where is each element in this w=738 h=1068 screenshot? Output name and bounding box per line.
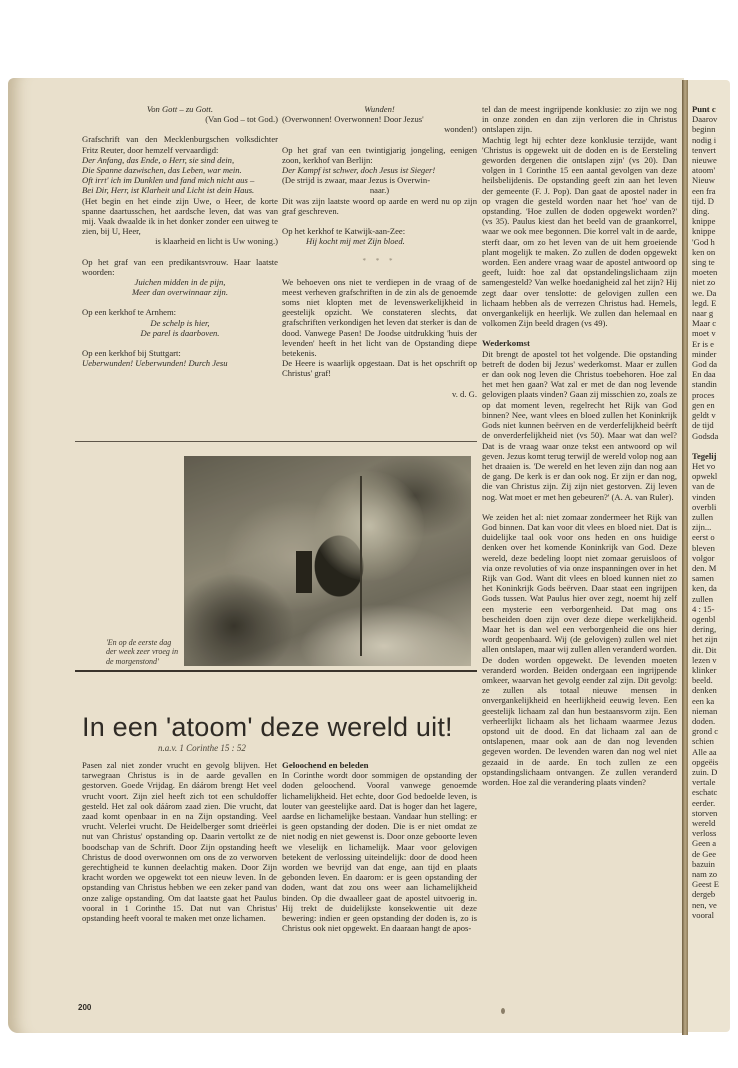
fragment-line: En daa xyxy=(692,369,730,379)
fragment-line: de Gee xyxy=(692,849,730,859)
fragment-line: dergeb xyxy=(692,889,730,899)
poem-line: Die Spanne dazwischen, das Leben, war me… xyxy=(82,165,278,175)
photo-tree xyxy=(360,476,362,656)
fragment-line: een ka xyxy=(692,696,730,706)
fragment-line: knippe xyxy=(692,226,730,236)
epitaph-title-dutch: (Van God – tot God.) xyxy=(82,114,278,124)
fragment-line: standin xyxy=(692,379,730,389)
epitaph-title-german: Von Gott – zu Gott. xyxy=(82,104,278,114)
fragment-line: tenvert xyxy=(692,145,730,155)
epitaph-line: Ueberwunden! Ueberwunden! Durch Jesu xyxy=(82,358,278,368)
fragment-line: verloss xyxy=(692,828,730,838)
epitaphs-column-1: Von Gott – zu Gott. (Van God – tot God.)… xyxy=(82,104,278,368)
fragment-line: naar g xyxy=(692,308,730,318)
right-page-text: Punt c Daarovbeginnnodig itenvertnieuwea… xyxy=(692,104,730,920)
fragment-line: eerst o xyxy=(692,532,730,542)
article-column-2: Geloochend en beleden In Corinthe wordt … xyxy=(282,760,477,933)
fragment-line: opwekl xyxy=(692,471,730,481)
fragment-line: het zijn xyxy=(692,634,730,644)
epitaph-line: Der Kampf ist schwer, doch Jesus ist Sie… xyxy=(282,165,477,175)
fragment-line: een fra xyxy=(692,186,730,196)
paragraph: De doden worden opgewekt. De levenden mo… xyxy=(482,655,677,788)
garden-tomb-photo xyxy=(184,456,471,666)
subheading: Wederkomst xyxy=(482,338,677,348)
page-number: 200 xyxy=(78,1003,91,1012)
photo-tomb-door xyxy=(296,551,312,593)
fragment-line: Alle aa xyxy=(692,747,730,757)
fragment-line: beeld. xyxy=(692,675,730,685)
article-byline: n.a.v. 1 Corinthe 15 : 52 xyxy=(158,743,246,753)
epitaph-translation: (De strijd is zwaar, maar Jezus is Overw… xyxy=(282,175,477,185)
fragment-line: proces xyxy=(692,390,730,400)
fragment-line: nodig i xyxy=(692,135,730,145)
article-headline: In een 'atoom' deze wereld uit! xyxy=(82,712,453,743)
fragment-line: moet v xyxy=(692,328,730,338)
fragment-line: vertale xyxy=(692,777,730,787)
epitaph-intro: Op het graf van een twintigjarig jongeli… xyxy=(282,145,477,165)
fragment-line: grond c xyxy=(692,726,730,736)
fragment-line: wereld xyxy=(692,818,730,828)
subheading: Geloochend en beleden xyxy=(282,760,477,770)
fragment-line: eerder. xyxy=(692,798,730,808)
fragment-line: overbli xyxy=(692,502,730,512)
fragment-lines-2: Het voopweklvan devindenoverblizullenzij… xyxy=(692,461,730,920)
fragment-line: nieman xyxy=(692,706,730,716)
fragment-line: storven xyxy=(692,808,730,818)
epitaph-line: Wunden! xyxy=(282,104,477,114)
fragment-line: Geest E xyxy=(692,879,730,889)
right-page-fragment: Punt c Daarovbeginnnodig itenvertnieuwea… xyxy=(688,80,730,1032)
paragraph: tel dan de meest ingrijpende konklusie: … xyxy=(482,104,677,135)
fragment-line: ken on xyxy=(692,247,730,257)
poem-translation-end: is klaarheid en licht is Uw woning.) xyxy=(82,236,278,246)
epitaph-line: Hij kocht mij met Zijn bloed. xyxy=(282,236,477,246)
fragment-line: Er is e xyxy=(692,339,730,349)
epitaph-translation: (Overwonnen! Overwonnen! Door Jezus' xyxy=(282,114,477,124)
fragment-lines-1: Daarovbeginnnodig itenvertnieuweatoom'Ni… xyxy=(692,114,730,441)
fragment-line: schien xyxy=(692,736,730,746)
fragment-line: Geen a xyxy=(692,838,730,848)
fragment-line: atoom' xyxy=(692,165,730,175)
fragment-line: dit. Dit xyxy=(692,645,730,655)
epitaph-line: De schelp is hier, xyxy=(82,318,278,328)
paragraph: In Corinthe wordt door sommigen de opsta… xyxy=(282,770,477,933)
fragment-line: Daarov xyxy=(692,114,730,124)
paragraph: De Heere is waarlijk opgestaan. Dat is h… xyxy=(282,358,477,378)
fragment-line: doden. xyxy=(692,716,730,726)
fragment-line: zijn... xyxy=(692,522,730,532)
fragment-line: Maar c xyxy=(692,318,730,328)
fragment-line: Het vo xyxy=(692,461,730,471)
fragment-line: ding. xyxy=(692,206,730,216)
article-column-3: tel dan de meest ingrijpende konklusie: … xyxy=(482,104,677,787)
epitaph-note: Dit was zijn laatste woord op aarde en w… xyxy=(282,196,477,216)
fragment-line: bleven xyxy=(692,543,730,553)
fragment-line: samen xyxy=(692,573,730,583)
fragment-line: lezen v xyxy=(692,655,730,665)
fragment-line: klinker xyxy=(692,665,730,675)
fragment-line: nieuwe xyxy=(692,155,730,165)
fragment-line: legd. E xyxy=(692,298,730,308)
fragment-line: dering, xyxy=(692,624,730,634)
paragraph: Pasen zal niet zonder vrucht en gevolg b… xyxy=(82,760,277,923)
fragment-line: ken, da xyxy=(692,583,730,593)
subheading: Tegelij xyxy=(692,451,730,461)
fragment-line: bazuin xyxy=(692,859,730,869)
fragment-line: God da xyxy=(692,359,730,369)
epitaph-line: Juichen midden in de pijn, xyxy=(82,277,278,287)
paragraph: We behoeven ons niet te verdiepen in de … xyxy=(282,277,477,359)
fragment-line: ogenbl xyxy=(692,614,730,624)
fragment-line: 'God h xyxy=(692,237,730,247)
fragment-line: de tijd xyxy=(692,420,730,430)
epitaph-intro: Op het graf van een predikantsvrouw. Haa… xyxy=(82,257,278,277)
fragment-line: zuin. D xyxy=(692,767,730,777)
fragment-line: minder xyxy=(692,349,730,359)
poem-line: Der Anfang, das Ende, o Herr, sie sind d… xyxy=(82,155,278,165)
epitaph-translation-end: wonden!) xyxy=(282,124,477,134)
epitaph-translation-end: naar.) xyxy=(282,185,477,195)
fragment-line: nen, ve xyxy=(692,900,730,910)
fragment-line: vinden xyxy=(692,492,730,502)
poem-translation: (Het begin en het einde zijn Uwe, o Heer… xyxy=(82,196,278,237)
photo-divider xyxy=(75,670,477,672)
fragment-line: eschatc xyxy=(692,787,730,797)
section-separator: * * * xyxy=(282,256,477,266)
fragment-line: zullen xyxy=(692,594,730,604)
epitaph-intro: Op een kerkhof bij Stuttgart: xyxy=(82,348,278,358)
epitaphs-column-2: Wunden! (Overwonnen! Overwonnen! Door Je… xyxy=(282,104,477,399)
subheading: Punt c xyxy=(692,104,730,114)
poem-line: Oft irrt' ich im Dunklen und fand mich n… xyxy=(82,175,278,185)
epitaph-line: De parel is daarboven. xyxy=(82,328,278,338)
fragment-line: volgor xyxy=(692,553,730,563)
fragment-line: moeten xyxy=(692,267,730,277)
epitaph-intro: Grafschrift van den Mecklenburgschen vol… xyxy=(82,134,278,154)
fragment-line: opgeëis xyxy=(692,757,730,767)
epitaph-line: Meer dan overwinnaar zijn. xyxy=(82,287,278,297)
fragment-line: van de xyxy=(692,481,730,491)
paper-blemish xyxy=(501,1008,505,1014)
fragment-line: knippe xyxy=(692,216,730,226)
poem-line: Bei Dir, Herr, ist Klarheit und Licht is… xyxy=(82,185,278,195)
fragment-line: Nieuw xyxy=(692,175,730,185)
fragment-line: 4 : 15- xyxy=(692,604,730,614)
paragraph: We zeiden het al: niet zomaar zondermeer… xyxy=(482,512,677,655)
fragment-line: den. M xyxy=(692,563,730,573)
photo-foliage xyxy=(314,471,424,581)
fragment-line: niet zo xyxy=(692,277,730,287)
fragment-line: gen en xyxy=(692,400,730,410)
photo-caption: 'En op de eerste dag der week zeer vroeg… xyxy=(106,638,182,666)
fragment-line: geldt v xyxy=(692,410,730,420)
fragment-line: nam zo xyxy=(692,869,730,879)
fragment-line: beginn xyxy=(692,124,730,134)
fragment-line: zullen xyxy=(692,512,730,522)
section-divider xyxy=(75,441,477,442)
author-signature: v. d. G. xyxy=(282,389,477,399)
fragment-line: tijd. D xyxy=(692,196,730,206)
paragraph: Dit brengt de apostel tot het volgende. … xyxy=(482,349,677,502)
epitaph-intro: Op het kerkhof te Katwijk-aan-Zee: xyxy=(282,226,477,236)
fragment-line: denken xyxy=(692,685,730,695)
fragment-line: we. Da xyxy=(692,288,730,298)
epitaph-intro: Op een kerkhof te Arnhem: xyxy=(82,307,278,317)
fragment-line: vooral xyxy=(692,910,730,920)
fragment-line: Godsda xyxy=(692,431,730,441)
article-column-1: Pasen zal niet zonder vrucht en gevolg b… xyxy=(82,760,277,923)
paragraph: Machtig legt hij echter deze konklusie t… xyxy=(482,135,677,329)
fragment-line: sing te xyxy=(692,257,730,267)
